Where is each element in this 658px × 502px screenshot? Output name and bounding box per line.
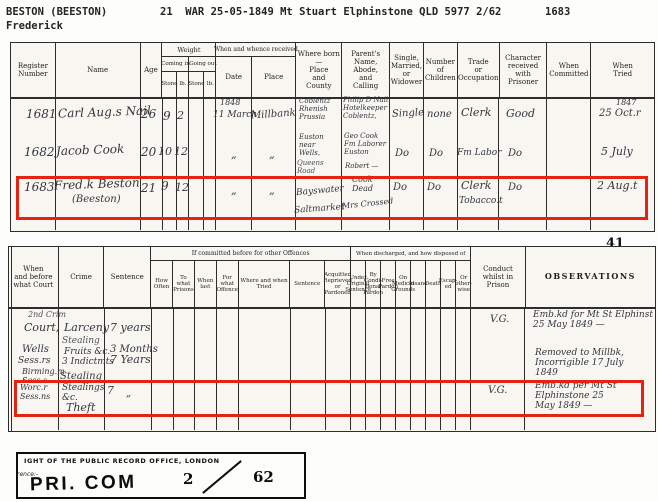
hw-weight-lb-row1: 2 bbox=[177, 110, 184, 122]
col-when-last: When last bbox=[195, 261, 217, 307]
hw-register-1682: 1682 bbox=[24, 146, 55, 159]
hw-parents-row1: Philip D Nail Hotelkeeper Coblentz, bbox=[343, 97, 388, 120]
hw-conduct-entry1: V.G. bbox=[490, 314, 509, 325]
forename-line: Frederick bbox=[6, 20, 63, 32]
hw-born-row2: Euston near Wells, bbox=[299, 134, 324, 157]
hw-character-row1: Good bbox=[506, 108, 535, 120]
hw-crime-entry2: Fruits &c. bbox=[64, 347, 110, 357]
hw-date-year-row1: 1848 bbox=[220, 99, 240, 108]
col-court: When and before what Court bbox=[9, 247, 59, 307]
hw-register-1681: 1681 bbox=[26, 108, 57, 121]
hw-tried-row1: 25 Oct.r bbox=[599, 108, 641, 119]
hw-observation-1: Emb.kd for Mt St Elphinst 25 May 1849 — bbox=[533, 310, 653, 330]
col-weight-group: Weight Coming in Stone lb. Going out Sto… bbox=[162, 43, 216, 97]
hw-crime-entry1b: Stealing bbox=[62, 336, 100, 346]
table1-header-row: Register Number Name Age Weight Coming i… bbox=[11, 43, 654, 99]
hw-court-entry2: Wells bbox=[22, 344, 49, 355]
hw-age-row2: 20 bbox=[141, 146, 156, 159]
hw-name-row2: Jacob Cook bbox=[56, 143, 125, 159]
hw-observation-2: Removed to Millbk, Incorrigible 17 July … bbox=[535, 348, 624, 378]
col-committed-before-group: If committed before for other Offences H… bbox=[151, 247, 351, 307]
surname-line: BESTON (BEESTON) bbox=[6, 6, 107, 18]
col-going-out: Going out Stone lb. bbox=[189, 57, 216, 97]
hw-crime-entry2b: 3 Indictmts bbox=[62, 357, 114, 367]
col-discharged-group: When discharged, and how disposed of Und… bbox=[351, 247, 471, 307]
hw-tried-row2: 5 July bbox=[601, 146, 633, 158]
col-otherwise: Or other- wise bbox=[456, 261, 471, 307]
hw-born-row1: Coblentz Rhenish Prussia bbox=[299, 98, 330, 121]
hw-character-row2: Do bbox=[508, 148, 522, 159]
col-stone-in: Stone bbox=[162, 72, 177, 97]
col-observations: OBSERVATIONS bbox=[526, 247, 655, 307]
hw-crim-court-header: 2nd Crim bbox=[28, 311, 66, 320]
received-label: When and whence received bbox=[216, 43, 295, 57]
col-how-often: How Often bbox=[151, 261, 173, 307]
stamp-series-code: PRI. COM bbox=[30, 472, 137, 497]
public-record-office-stamp: IGHT OF THE PUBLIC RECORD OFFICE, LONDON… bbox=[16, 452, 306, 499]
hw-marital-row1: Single bbox=[392, 107, 425, 120]
hw-court-entry1: Court, bbox=[24, 322, 59, 334]
stamp-copyright-line: IGHT OF THE PUBLIC RECORD OFFICE, LONDON bbox=[24, 457, 220, 465]
col-coming-in: Coming in Stone lb. bbox=[162, 57, 189, 97]
highlight-box-row-1683 bbox=[16, 176, 648, 220]
hw-parents-row2: Geo Cook Fm Laborer Euston bbox=[344, 133, 386, 156]
discharged-label: When discharged, and how disposed of bbox=[351, 247, 470, 261]
hw-weight-stone-row2: 10 bbox=[158, 146, 172, 158]
weight-label: Weight bbox=[162, 43, 215, 57]
hw-sentence-entry1: 7 years bbox=[110, 322, 151, 334]
col-age: Age bbox=[141, 43, 163, 97]
col-lb-out: lb. bbox=[204, 72, 216, 97]
stamp-item-number: 62 bbox=[253, 468, 274, 486]
col-conduct: Conduct whilst in Prison bbox=[471, 247, 526, 307]
col-name: Name bbox=[56, 43, 141, 97]
col-where-when-tried: Where and when Tried bbox=[239, 261, 291, 307]
col-for-what-offence: For what Offence bbox=[217, 261, 239, 307]
hw-parents-row2-cont: Robert — bbox=[345, 163, 379, 171]
col-sentence-2: Sentence bbox=[290, 261, 325, 307]
register-number-typed: 1683 bbox=[545, 6, 570, 18]
col-stone-out: Stone bbox=[189, 72, 204, 97]
col-trade: Trade or Occupation bbox=[458, 43, 500, 97]
hw-children-row1: none bbox=[427, 109, 452, 120]
stamp-slash-line bbox=[202, 460, 242, 494]
col-received-group: When and whence received Date Place bbox=[216, 43, 296, 97]
hw-tried-year-row1: 1847 bbox=[616, 99, 636, 108]
col-when-committed: When Committed bbox=[547, 43, 591, 97]
col-children: Number of Children bbox=[424, 43, 458, 97]
hw-trade-row2: Fm Labor bbox=[457, 148, 501, 158]
col-parents: Parent's Name, Abode, and Calling bbox=[342, 43, 390, 97]
voyage-details: 21 WAR 25-05-1849 Mt Stuart Elphinstone … bbox=[160, 6, 501, 18]
hw-court-entry2b: Sess.rs bbox=[18, 356, 51, 366]
hw-weight-stone-row1: 9 bbox=[163, 110, 171, 123]
col-to-what-prisons: To what Prisons bbox=[173, 261, 195, 307]
hw-ditto-place-row2: „ bbox=[269, 149, 275, 161]
hw-born-row2-cont: Queens Road bbox=[297, 160, 324, 176]
col-sentence: Sentence bbox=[104, 247, 151, 307]
col-register-number: Register Number bbox=[11, 43, 56, 97]
hw-weight-lb-row2: 12 bbox=[174, 146, 188, 158]
col-marital-status: Single, Married, or Widower bbox=[390, 43, 424, 97]
col-place: Place bbox=[252, 57, 295, 97]
table2-header-row: When and before what Court Crime Sentenc… bbox=[9, 247, 655, 309]
col-lb-in: lb. bbox=[177, 72, 188, 97]
highlight-box-offence-row bbox=[14, 380, 644, 417]
scanned-prison-register-page: BESTON (BEESTON) 21 WAR 25-05-1849 Mt St… bbox=[0, 0, 658, 502]
col-where-born: Where born — Place and County bbox=[296, 43, 342, 97]
col-when-tried: When Tried bbox=[591, 43, 654, 97]
col-escaped: Escap- ed bbox=[441, 261, 456, 307]
col-crime: Crime bbox=[59, 247, 105, 307]
stamp-piece-number: 2 bbox=[183, 470, 193, 488]
col-character: Character received with Prisoner bbox=[500, 43, 548, 97]
hw-trade-row1: Clerk bbox=[461, 107, 491, 119]
hw-sentence-entry2b: 7 Years bbox=[110, 354, 151, 366]
hw-crime-entry1: Larceny bbox=[64, 322, 109, 334]
committed-before-label: If committed before for other Offences bbox=[151, 247, 350, 261]
hw-children-row2: Do bbox=[429, 148, 443, 159]
hw-marital-row2: Do bbox=[395, 148, 409, 159]
hw-age-row1: 26 bbox=[141, 108, 156, 121]
hw-ditto-date-row2: „ bbox=[231, 149, 237, 161]
col-date: Date bbox=[216, 57, 252, 97]
